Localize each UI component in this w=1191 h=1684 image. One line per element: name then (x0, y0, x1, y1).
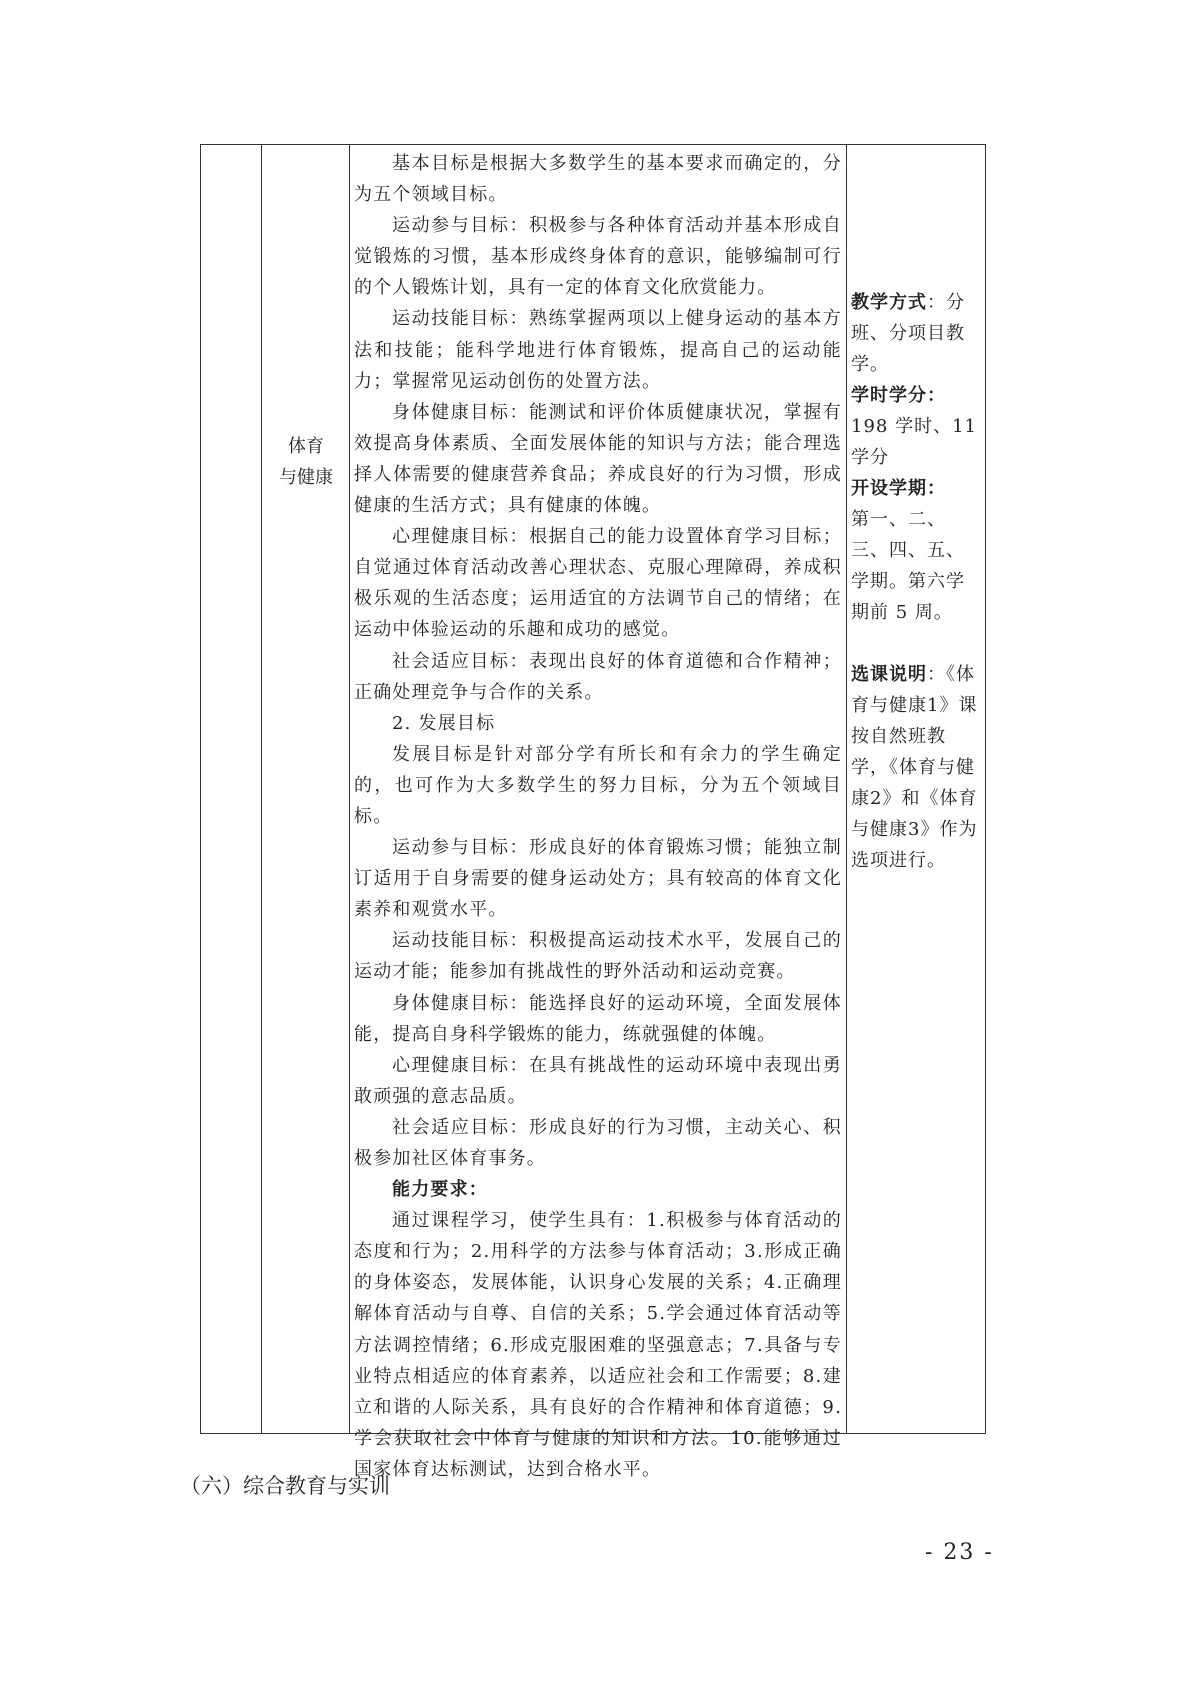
objective-paragraph: 能力要求： (354, 1174, 842, 1205)
course-info-cell: 教学方式：分班、分项目教学。 学时学分： 198 学时、11 学分 开设学期： … (851, 287, 983, 876)
objective-paragraph: 心理健康目标：在具有挑战性的运动环境中表现出勇敢顽强的意志品质。 (354, 1050, 842, 1112)
page-number: - 23 - (925, 1540, 994, 1565)
objective-paragraph: 通过课程学习，使学生具有：1.积极参与体育活动的态度和行为；2.用科学的方法参与… (354, 1205, 842, 1485)
hours-credits-value: 198 学时、11 学分 (851, 411, 983, 473)
objective-paragraph: 运动技能目标：积极提高运动技术水平，发展自己的运动才能；能参加有挑战性的野外活动… (354, 925, 842, 987)
objective-paragraph: 心理健康目标：根据自己的能力设置体育学习目标；自觉通过体育活动改善心理状态、克服… (354, 521, 842, 645)
semester-label: 开设学期： (851, 473, 983, 504)
course-table: 体育 与健康 基本目标是根据大多数学生的基本要求而确定的，分为五个领域目标。运动… (200, 144, 986, 1434)
semester-value: 第一、二、三、四、五、学期。第六学期前 5 周。 (851, 504, 983, 628)
objective-paragraph: 身体健康目标：能测试和评价体质健康状况，掌握有效提高身体素质、全面发展体能的知识… (354, 397, 842, 521)
objective-paragraph: 基本目标是根据大多数学生的基本要求而确定的，分为五个领域目标。 (354, 148, 842, 210)
objective-paragraph: 运动参与目标：积极参与各种体育活动并基本形成自觉锻炼的习惯，基本形成终身体育的意… (354, 210, 842, 303)
objective-paragraph: 身体健康目标：能选择良好的运动环境，全面发展体能，提高自身科学锻炼的能力，练就强… (354, 988, 842, 1050)
objective-paragraph: 社会适应目标：形成良好的行为习惯，主动关心、积极参加社区体育事务。 (354, 1112, 842, 1174)
table-column-divider (846, 145, 847, 1433)
objective-paragraph: 发展目标是针对部分学有所长和有余力的学生确定的，也可作为大多数学生的努力目标，分… (354, 739, 842, 832)
table-column-divider (261, 145, 262, 1433)
teaching-method: 教学方式：分班、分项目教学。 (851, 287, 983, 380)
objective-paragraph: 社会适应目标：表现出良好的体育道德和合作精神；正确处理竞争与合作的关系。 (354, 646, 842, 708)
course-name-line: 体育 (263, 431, 349, 462)
elective-note-label: 选课说明 (851, 664, 927, 685)
objective-paragraph: 运动参与目标：形成良好的体育锻炼习惯；能独立制订适用于自身需要的健身运动处方；具… (354, 832, 842, 925)
table-column-divider (349, 145, 350, 1433)
course-objectives-cell: 基本目标是根据大多数学生的基本要求而确定的，分为五个领域目标。运动参与目标：积极… (354, 148, 842, 1485)
objective-paragraph: 2. 发展目标 (354, 708, 842, 739)
course-name-line: 与健康 (263, 462, 349, 493)
elective-note-value: ：《体育与健康1》课按自然班教学，《体育与健康2》和《体育与健康3》作为选项进行… (851, 664, 977, 871)
hours-credits-label: 学时学分： (851, 380, 983, 411)
elective-note: 选课说明：《体育与健康1》课按自然班教学，《体育与健康2》和《体育与健康3》作为… (851, 659, 983, 876)
teaching-method-label: 教学方式 (851, 292, 927, 313)
course-name-cell: 体育 与健康 (263, 431, 349, 493)
objective-paragraph: 运动技能目标：熟练掌握两项以上健身运动的基本方法和技能；能科学地进行体育锻炼，提… (354, 303, 842, 396)
section-heading: （六）综合教育与实训 (180, 1470, 390, 1500)
